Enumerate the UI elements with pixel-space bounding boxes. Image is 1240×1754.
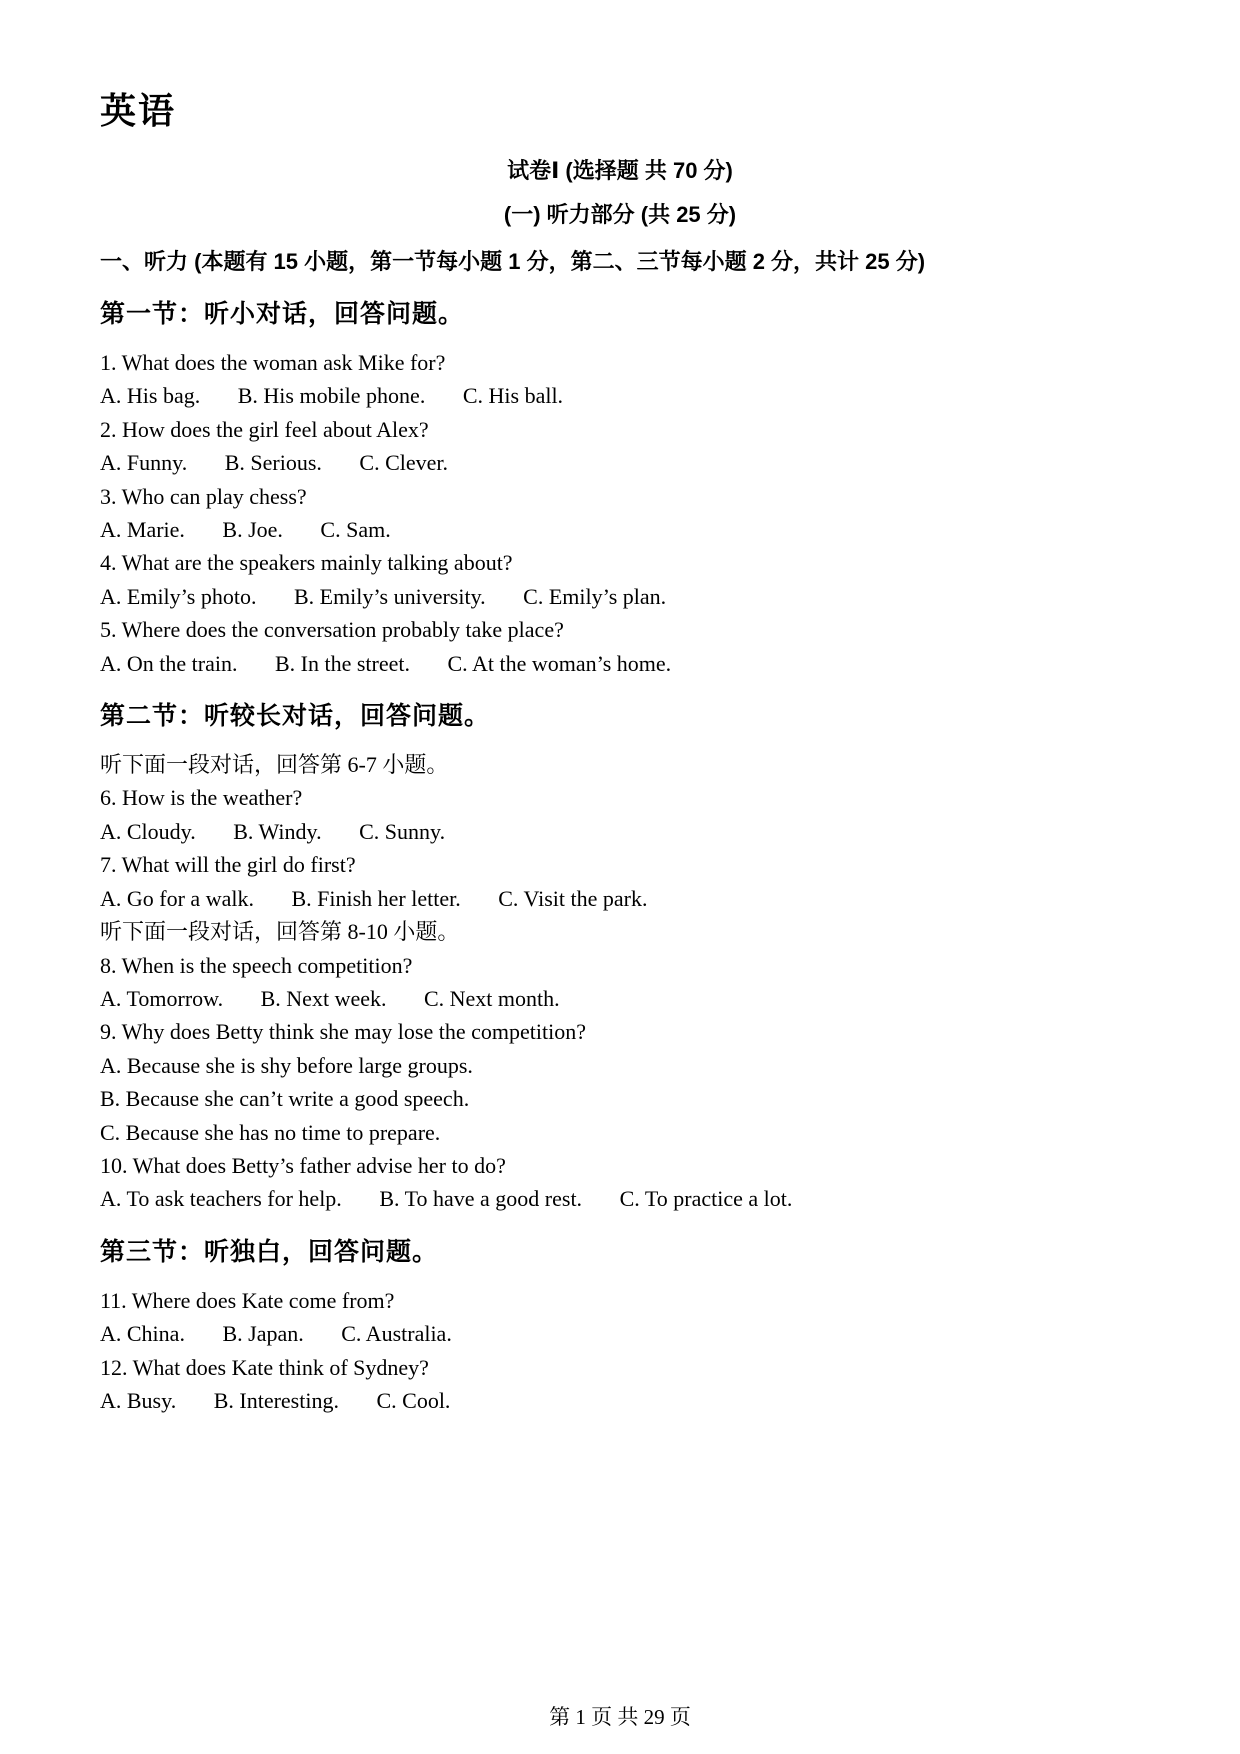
question-4: 4. What are the speakers mainly talking … bbox=[100, 546, 1140, 579]
question-2-option-a: A. Funny. bbox=[100, 446, 187, 479]
section1-heading: 第一节：听小对话，回答问题。 bbox=[100, 296, 1140, 332]
question-7-option-c: C. Visit the park. bbox=[498, 882, 647, 915]
page-content: 英语 试卷Ⅰ (选择题 共 70 分) (一) 听力部分 (共 25 分) 一、… bbox=[0, 0, 1240, 1417]
question-4-options: A. Emily’s photo. B. Emily’s university.… bbox=[100, 580, 1140, 613]
dialog-intro-6-7: 听下面一段对话，回答第 6-7 小题。 bbox=[100, 748, 1140, 781]
question-6-options: A. Cloudy. B. Windy. C. Sunny. bbox=[100, 815, 1140, 848]
question-4-option-c: C. Emily’s plan. bbox=[523, 580, 666, 613]
question-10-option-c: C. To practice a lot. bbox=[620, 1182, 793, 1215]
question-7-options: A. Go for a walk. B. Finish her letter. … bbox=[100, 882, 1140, 915]
question-2: 2. How does the girl feel about Alex? bbox=[100, 413, 1140, 446]
question-10: 10. What does Betty’s father advise her … bbox=[100, 1149, 1140, 1182]
question-6-option-b: B. Windy. bbox=[233, 815, 321, 848]
section3-heading: 第三节：听独白，回答问题。 bbox=[100, 1234, 1140, 1270]
question-5: 5. Where does the conversation probably … bbox=[100, 613, 1140, 646]
question-12: 12. What does Kate think of Sydney? bbox=[100, 1351, 1140, 1384]
question-4-option-b: B. Emily’s university. bbox=[294, 580, 486, 613]
question-12-options: A. Busy. B. Interesting. C. Cool. bbox=[100, 1384, 1140, 1417]
question-1: 1. What does the woman ask Mike for? bbox=[100, 346, 1140, 379]
question-5-option-c: C. At the woman’s home. bbox=[448, 647, 672, 680]
question-10-option-a: A. To ask teachers for help. bbox=[100, 1182, 342, 1215]
question-6-option-c: C. Sunny. bbox=[359, 815, 445, 848]
question-10-options: A. To ask teachers for help. B. To have … bbox=[100, 1182, 1140, 1215]
page-title: 英语 bbox=[100, 90, 1140, 132]
question-5-option-a: A. On the train. bbox=[100, 647, 237, 680]
listening-intro: 一、听力 (本题有 15 小题，第一节每小题 1 分，第二、三节每小题 2 分，… bbox=[100, 245, 1140, 278]
question-11-options: A. China. B. Japan. C. Australia. bbox=[100, 1317, 1140, 1350]
question-9-option-b: B. Because she can’t write a good speech… bbox=[100, 1082, 1140, 1115]
question-3-option-b: B. Joe. bbox=[222, 513, 283, 546]
question-1-option-c: C. His ball. bbox=[463, 379, 563, 412]
question-8-options: A. Tomorrow. B. Next week. C. Next month… bbox=[100, 982, 1140, 1015]
question-10-option-b: B. To have a good rest. bbox=[379, 1182, 582, 1215]
question-8-option-c: C. Next month. bbox=[424, 982, 560, 1015]
question-9-option-a: A. Because she is shy before large group… bbox=[100, 1049, 1140, 1082]
question-9-option-c: C. Because she has no time to prepare. bbox=[100, 1116, 1140, 1149]
question-12-option-b: B. Interesting. bbox=[214, 1384, 339, 1417]
question-4-option-a: A. Emily’s photo. bbox=[100, 580, 256, 613]
section2-heading: 第二节：听较长对话，回答问题。 bbox=[100, 698, 1140, 734]
question-12-option-a: A. Busy. bbox=[100, 1384, 176, 1417]
question-11-option-a: A. China. bbox=[100, 1317, 185, 1350]
question-1-option-a: A. His bag. bbox=[100, 379, 200, 412]
exam-page: 英语 试卷Ⅰ (选择题 共 70 分) (一) 听力部分 (共 25 分) 一、… bbox=[0, 0, 1240, 1754]
question-6-option-a: A. Cloudy. bbox=[100, 815, 196, 848]
question-12-option-c: C. Cool. bbox=[376, 1384, 450, 1417]
dialog-intro-8-10: 听下面一段对话，回答第 8-10 小题。 bbox=[100, 915, 1140, 948]
question-11: 11. Where does Kate come from? bbox=[100, 1284, 1140, 1317]
question-8-option-a: A. Tomorrow. bbox=[100, 982, 223, 1015]
question-6: 6. How is the weather? bbox=[100, 781, 1140, 814]
question-2-option-b: B. Serious. bbox=[225, 446, 322, 479]
question-7-option-a: A. Go for a walk. bbox=[100, 882, 254, 915]
question-3-options: A. Marie. B. Joe. C. Sam. bbox=[100, 513, 1140, 546]
question-3-option-a: A. Marie. bbox=[100, 513, 185, 546]
question-7: 7. What will the girl do first? bbox=[100, 848, 1140, 881]
paper-heading: 试卷Ⅰ (选择题 共 70 分) bbox=[100, 154, 1140, 187]
question-9: 9. Why does Betty think she may lose the… bbox=[100, 1015, 1140, 1048]
question-3: 3. Who can play chess? bbox=[100, 480, 1140, 513]
question-8-option-b: B. Next week. bbox=[261, 982, 387, 1015]
question-8: 8. When is the speech competition? bbox=[100, 949, 1140, 982]
question-3-option-c: C. Sam. bbox=[320, 513, 390, 546]
question-2-options: A. Funny. B. Serious. C. Clever. bbox=[100, 446, 1140, 479]
part-heading: (一) 听力部分 (共 25 分) bbox=[100, 198, 1140, 231]
question-1-options: A. His bag. B. His mobile phone. C. His … bbox=[100, 379, 1140, 412]
question-1-option-b: B. His mobile phone. bbox=[238, 379, 426, 412]
question-11-option-c: C. Australia. bbox=[341, 1317, 452, 1350]
page-footer: 第 1 页 共 29 页 bbox=[0, 1702, 1240, 1732]
question-7-option-b: B. Finish her letter. bbox=[291, 882, 460, 915]
question-11-option-b: B. Japan. bbox=[222, 1317, 303, 1350]
question-5-option-b: B. In the street. bbox=[275, 647, 410, 680]
question-2-option-c: C. Clever. bbox=[359, 446, 448, 479]
question-5-options: A. On the train. B. In the street. C. At… bbox=[100, 647, 1140, 680]
